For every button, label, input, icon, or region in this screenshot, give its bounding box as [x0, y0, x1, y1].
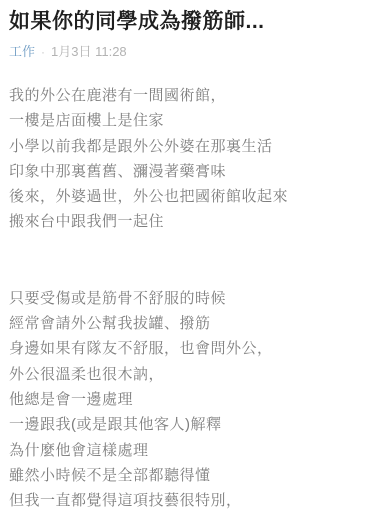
body-line: 小學以前我都是跟外公外婆在那裏生活 [9, 134, 375, 159]
paragraph-2: 只要受傷或是筋骨不舒服的時候經常會請外公幫我拔罐、撥筋身邊如果有隊友不舒服，也會… [9, 286, 375, 509]
body-line: 身邊如果有隊友不舒服，也會問外公， [9, 336, 375, 361]
post-meta: 工作 · 1月3日 11:28 [9, 44, 375, 60]
body-line: 外公很溫柔也很木訥， [9, 362, 375, 387]
body-line: 一邊跟我(或是跟其他客人)解釋 [9, 412, 375, 437]
category-link[interactable]: 工作 [9, 44, 35, 60]
paragraph-1: 我的外公在鹿港有一間國術館，一樓是店面樓上是住家小學以前我都是跟外公外婆在那裏生… [9, 83, 375, 235]
body-line: 雖然小時候不是全部都聽得懂 [9, 463, 375, 488]
post-title: 如果你的同學成為撥筋師... [9, 8, 375, 36]
body-line: 印象中那裏舊舊、瀰漫著藥膏味 [9, 159, 375, 184]
post-body: 我的外公在鹿港有一間國術館，一樓是店面樓上是住家小學以前我都是跟外公外婆在那裏生… [9, 83, 375, 509]
post-timestamp: 1月3日 11:28 [51, 44, 127, 60]
post-page: 如果你的同學成為撥筋師... 工作 · 1月3日 11:28 我的外公在鹿港有一… [0, 0, 387, 509]
body-line: 後來，外婆過世，外公也把國術館收起來 [9, 184, 375, 209]
body-line: 他總是會一邊處理 [9, 387, 375, 412]
body-line: 經常會請外公幫我拔罐、撥筋 [9, 311, 375, 336]
body-line: 但我一直都覺得這項技藝很特別， [9, 488, 375, 509]
body-line: 我的外公在鹿港有一間國術館， [9, 83, 375, 108]
body-line: 搬來台中跟我們一起住 [9, 209, 375, 234]
body-line: 為什麼他會這樣處理 [9, 438, 375, 463]
body-line: 一樓是店面樓上是住家 [9, 108, 375, 133]
meta-separator: · [41, 44, 45, 60]
body-line: 只要受傷或是筋骨不舒服的時候 [9, 286, 375, 311]
